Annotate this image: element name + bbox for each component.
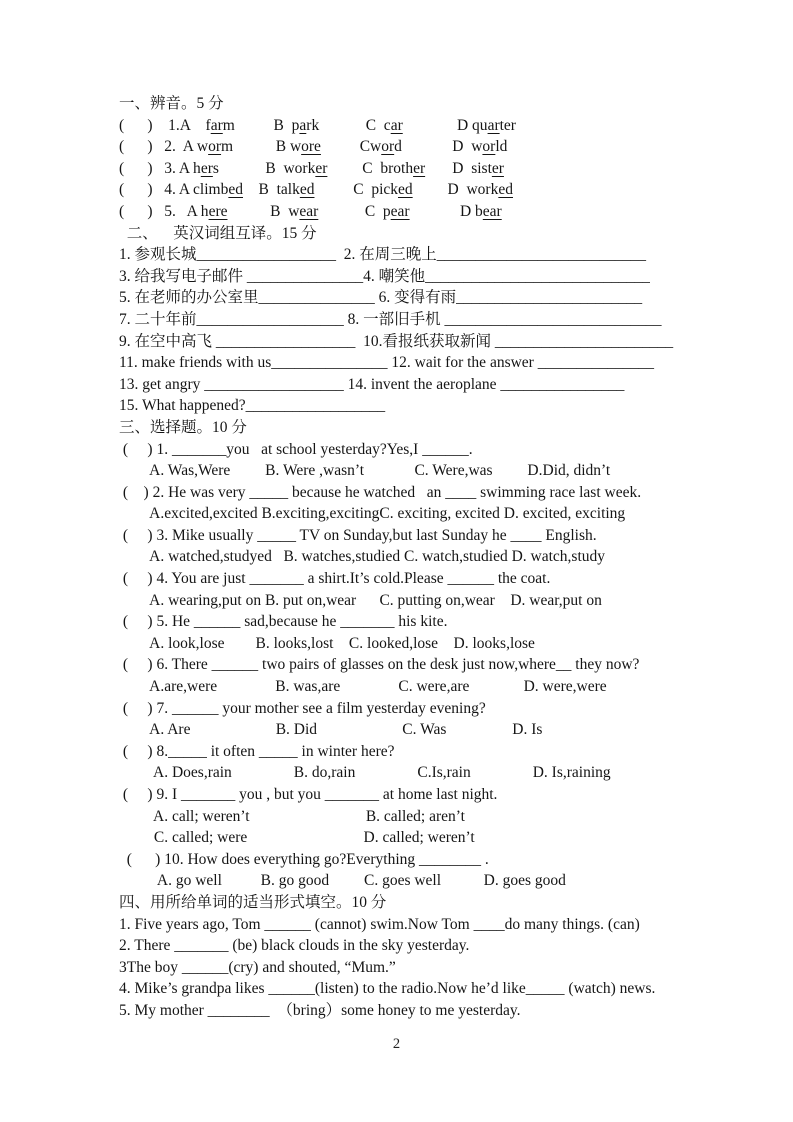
- text-segment: ( ) 8._____ it often _____ in winter her…: [119, 743, 395, 760]
- text-segment: m B p: [223, 117, 300, 134]
- text-segment: C p: [318, 203, 390, 220]
- underlined-letters: ear: [299, 203, 318, 220]
- underlined-letters: or: [381, 138, 394, 155]
- section-fill-blank: 四、用所给单词的适当形式填空。10 分 1. Five years ago, T…: [119, 892, 743, 1022]
- text-segment: B w: [227, 203, 299, 220]
- text-segment: A. watched,studyed B. watches,studied C.…: [119, 548, 605, 565]
- page-number: 2: [0, 1036, 793, 1053]
- text-segment: 3. 给我写电子邮件 _______________4. 嘲笑他________…: [119, 268, 650, 285]
- text-segment: A. wearing,put on B. put on,wear C. putt…: [119, 592, 602, 609]
- text-line: A. watched,studyed B. watches,studied C.…: [119, 546, 743, 568]
- text-segment: A. call; weren’t B. called; aren’t: [119, 808, 465, 825]
- underlined-letters: ar: [488, 117, 500, 134]
- text-segment: 4. Mike’s grandpa likes ______(listen) t…: [119, 980, 655, 997]
- section-multiple-choice: 三、选择题。10 分 ( ) 1. _______you at school y…: [119, 417, 743, 892]
- text-segment: Cw: [321, 138, 381, 155]
- text-segment: D qu: [403, 117, 488, 134]
- text-line: 9. 在空中高飞 __________________ 10.看报纸获取新闻 _…: [119, 331, 743, 353]
- text-segment: ( ) 2. He was very _____ because he watc…: [119, 484, 641, 501]
- underlined-letters: er: [492, 160, 504, 177]
- text-segment: 2. There _______ (be) black clouds in th…: [119, 937, 469, 954]
- text-line: 11. make friends with us_______________ …: [119, 352, 743, 374]
- text-segment: ( ) 10. How does everything go?Everythin…: [119, 851, 489, 868]
- underlined-letters: ear: [483, 203, 502, 220]
- text-segment: 15. What happened?__________________: [119, 397, 385, 414]
- text-segment: ( ) 1. _______you at school yesterday?Ye…: [119, 441, 473, 458]
- text-line: ( ) 3. A hers B worker C brother D siste…: [119, 158, 743, 180]
- text-line: ( ) 4. A climbed B talked C picked D wor…: [119, 179, 743, 201]
- text-line: 3The boy ______(cry) and shouted, “Mum.”: [119, 957, 743, 979]
- text-segment: 7. 二十年前___________________ 8. 一部旧手机 ____…: [119, 311, 662, 328]
- text-segment: ( ) 1.A f: [119, 117, 211, 134]
- text-segment: C broth: [327, 160, 413, 177]
- text-line: 13. get angry __________________ 14. inv…: [119, 374, 743, 396]
- text-line: 2. There _______ (be) black clouds in th…: [119, 935, 743, 957]
- text-line: ( ) 8._____ it often _____ in winter her…: [119, 741, 743, 763]
- text-line: 7. 二十年前___________________ 8. 一部旧手机 ____…: [119, 309, 743, 331]
- text-segment: ( ) 3. A h: [119, 160, 201, 177]
- text-line: 5. My mother ________ （bring）some honey …: [119, 1000, 743, 1022]
- text-line: A. wearing,put on B. put on,wear C. putt…: [119, 590, 743, 612]
- text-line: A. Was,Were B. Were ,wasn’t C. Were,was …: [119, 460, 743, 482]
- text-segment: A.excited,excited B.exciting,excitingC. …: [119, 505, 625, 522]
- underlined-letters: ed: [300, 181, 315, 198]
- text-segment: ( ) 5. He ______ sad,because he _______ …: [119, 613, 447, 630]
- text-segment: 1. Five years ago, Tom ______ (cannot) s…: [119, 916, 640, 933]
- text-segment: D sist: [425, 160, 492, 177]
- section-phonetics: 一、辨音。5 分 ( ) 1.A farm B park C car D qua…: [119, 93, 743, 223]
- text-segment: A. Are B. Did C. Was D. Is: [119, 721, 542, 738]
- text-segment: D b: [410, 203, 483, 220]
- text-line: ( ) 2. He was very _____ because he watc…: [119, 482, 743, 504]
- text-segment: D work: [413, 181, 499, 198]
- document-page: 一、辨音。5 分 ( ) 1.A farm B park C car D qua…: [0, 0, 793, 1122]
- text-line: ( ) 9. I _______ you , but you _______ a…: [119, 784, 743, 806]
- text-line: A. call; weren’t B. called; aren’t: [119, 806, 743, 828]
- text-line: A. go well B. go good C. goes well D. go…: [119, 870, 743, 892]
- text-segment: s B work: [213, 160, 315, 177]
- text-segment: ( ) 6. There ______ two pairs of glasses…: [119, 656, 639, 673]
- text-segment: 5. My mother ________ （bring）some honey …: [119, 1002, 521, 1019]
- underlined-letters: ed: [228, 181, 243, 198]
- text-line: 1. 参观长城__________________ 2. 在周三晚上______…: [119, 244, 743, 266]
- text-line: 3. 给我写电子邮件 _______________4. 嘲笑他________…: [119, 266, 743, 288]
- text-line: ( ) 4. You are just _______ a shirt.It’s…: [119, 568, 743, 590]
- underlined-letters: er: [413, 160, 425, 177]
- underlined-letters: ed: [398, 181, 413, 198]
- text-segment: ( ) 4. A climb: [119, 181, 228, 198]
- text-segment: 1. 参观长城__________________ 2. 在周三晚上______…: [119, 246, 646, 263]
- text-segment: C. called; were D. called; weren’t: [119, 829, 475, 846]
- text-segment: ld: [495, 138, 507, 155]
- text-segment: ( ) 5. A h: [119, 203, 209, 220]
- text-segment: 11. make friends with us_______________ …: [119, 354, 654, 371]
- text-segment: d D w: [394, 138, 482, 155]
- section-translation: 二、 英汉词组互译。15 分 1. 参观长城__________________…: [119, 223, 743, 417]
- text-segment: 9. 在空中高飞 __________________ 10.看报纸获取新闻 _…: [119, 333, 673, 350]
- text-segment: A. go well B. go good C. goes well D. go…: [119, 872, 566, 889]
- text-line: ( ) 3. Mike usually _____ TV on Sunday,b…: [119, 525, 743, 547]
- text-line: 1. Five years ago, Tom ______ (cannot) s…: [119, 914, 743, 936]
- section-multiple-choice-body: ( ) 1. _______you at school yesterday?Ye…: [119, 439, 743, 892]
- text-line: ( ) 5. He ______ sad,because he _______ …: [119, 611, 743, 633]
- text-line: 5. 在老师的办公室里_______________ 6. 变得有雨______…: [119, 287, 743, 309]
- underlined-letters: ed: [498, 181, 513, 198]
- underlined-letters: or: [208, 138, 221, 155]
- section-phonetics-body: ( ) 1.A farm B park C car D quarter( ) 2…: [119, 115, 743, 223]
- text-segment: A. Was,Were B. Were ,wasn’t C. Were,was …: [119, 462, 610, 479]
- underlined-letters: ar: [211, 117, 223, 134]
- underlined-letters: er: [201, 160, 213, 177]
- text-line: A.are,were B. was,are C. were,are D. wer…: [119, 676, 743, 698]
- text-segment: rk C c: [306, 117, 390, 134]
- text-segment: ( ) 7. ______ your mother see a film yes…: [119, 700, 486, 717]
- underlined-letters: ere: [209, 203, 228, 220]
- text-line: ( ) 2. A worm B wore Cword D world: [119, 136, 743, 158]
- text-line: C. called; were D. called; weren’t: [119, 827, 743, 849]
- underlined-letters: er: [315, 160, 327, 177]
- text-line: ( ) 1. _______you at school yesterday?Ye…: [119, 439, 743, 461]
- text-line: A. look,lose B. looks,lost C. looked,los…: [119, 633, 743, 655]
- text-segment: A.are,were B. was,are C. were,are D. wer…: [119, 678, 607, 695]
- text-segment: ter: [500, 117, 516, 134]
- text-segment: ( ) 9. I _______ you , but you _______ a…: [119, 786, 497, 803]
- text-segment: A. Does,rain B. do,rain C.Is,rain D. Is,…: [119, 764, 611, 781]
- text-segment: C pick: [314, 181, 398, 198]
- text-line: ( ) 5. A here B wear C pear D bear: [119, 201, 743, 223]
- section-translation-body: 1. 参观长城__________________ 2. 在周三晚上______…: [119, 244, 743, 417]
- text-line: 4. Mike’s grandpa likes ______(listen) t…: [119, 978, 743, 1000]
- text-line: A.excited,excited B.exciting,excitingC. …: [119, 503, 743, 525]
- text-segment: 3The boy ______(cry) and shouted, “Mum.”: [119, 959, 396, 976]
- text-segment: ( ) 3. Mike usually _____ TV on Sunday,b…: [119, 527, 597, 544]
- underlined-letters: ar: [391, 117, 403, 134]
- text-segment: B talk: [243, 181, 300, 198]
- text-segment: 13. get angry __________________ 14. inv…: [119, 376, 624, 393]
- text-segment: ( ) 2. A w: [119, 138, 208, 155]
- text-line: ( ) 7. ______ your mother see a film yes…: [119, 698, 743, 720]
- section-translation-heading: 二、 英汉词组互译。15 分: [119, 223, 743, 245]
- underlined-letters: or: [482, 138, 495, 155]
- text-line: ( ) 10. How does everything go?Everythin…: [119, 849, 743, 871]
- text-segment: m B w: [221, 138, 301, 155]
- text-line: A. Are B. Did C. Was D. Is: [119, 719, 743, 741]
- section-fill-blank-body: 1. Five years ago, Tom ______ (cannot) s…: [119, 914, 743, 1022]
- text-line: ( ) 1.A farm B park C car D quarter: [119, 115, 743, 137]
- section-multiple-choice-heading: 三、选择题。10 分: [119, 417, 743, 439]
- underlined-letters: ear: [391, 203, 410, 220]
- section-fill-blank-heading: 四、用所给单词的适当形式填空。10 分: [119, 892, 743, 914]
- text-segment: A. look,lose B. looks,lost C. looked,los…: [119, 635, 535, 652]
- text-line: ( ) 6. There ______ two pairs of glasses…: [119, 654, 743, 676]
- section-phonetics-heading: 一、辨音。5 分: [119, 93, 743, 115]
- text-line: A. Does,rain B. do,rain C.Is,rain D. Is,…: [119, 762, 743, 784]
- text-line: 15. What happened?__________________: [119, 395, 743, 417]
- text-segment: 5. 在老师的办公室里_______________ 6. 变得有雨______…: [119, 289, 642, 306]
- underlined-letters: ore: [301, 138, 321, 155]
- text-segment: ( ) 4. You are just _______ a shirt.It’s…: [119, 570, 550, 587]
